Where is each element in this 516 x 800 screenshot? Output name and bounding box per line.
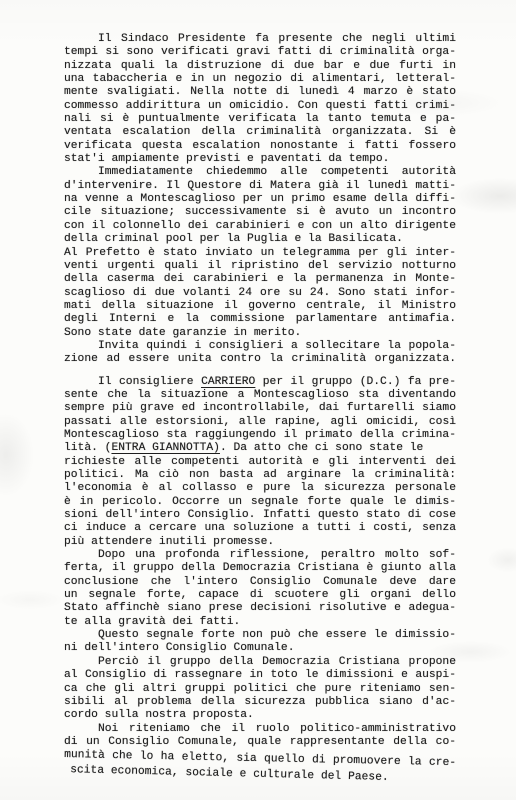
- text-line: di un Consiglio Comunale, quale rapprese…: [64, 736, 456, 749]
- paragraph-3: Al Prefetto è stato inviato un telegramm…: [64, 247, 456, 340]
- text-segment: commesso addirittura un omicidio. Con qu…: [64, 100, 456, 112]
- text-line: nizzata quali la distruzione di due bar …: [64, 60, 456, 73]
- text-segment: te alla gravità dei fatti.: [64, 616, 240, 628]
- text-segment: un segnale forte, capace di scuotere gli…: [64, 589, 456, 601]
- text-segment: scaglioso di due volanti 24 ore su 24. S…: [64, 287, 456, 299]
- text-segment: passati alle estorsioni, alle rapine, ag…: [64, 416, 456, 428]
- text-line: cile situazione; successivamente si è av…: [64, 206, 456, 219]
- text-segment: . Da atto che ci sono state le: [220, 442, 423, 454]
- text-line: na venne a Montescaglioso per un primo e…: [64, 193, 456, 206]
- text-line: politici. Ma ciò non basta ad arginare l…: [64, 469, 456, 482]
- text-line: Invita quindi i consiglieri a sollecitar…: [64, 340, 456, 353]
- text-segment: cile situazione; successivamente si è av…: [64, 206, 456, 218]
- text-segment: una tabaccheria e in un negozio di alime…: [64, 73, 456, 85]
- text-line: Questo segnale forte non può che essere …: [64, 629, 456, 642]
- text-line: della caserma dei carabinieri e la perma…: [64, 273, 456, 286]
- text-segment: Dopo una profonda riflessione, peraltro …: [98, 549, 456, 561]
- text-segment: cordo sulla nostra proposta.: [64, 709, 254, 721]
- text-line: degli Interni e la commissione parlament…: [64, 313, 456, 326]
- paragraph-1: Il Sindaco Presidente fa presente che ne…: [64, 33, 456, 166]
- text-line: della criminal pool per la Puglia e la B…: [64, 233, 456, 246]
- text-line: ca che gli altri gruppi politici che pur…: [64, 683, 456, 696]
- text-line: mente svaligiati. Nella notte di lunedì …: [64, 86, 456, 99]
- paragraph-5: Il consigliere CARRIERO per il gruppo (D…: [64, 376, 456, 549]
- text-segment: Stato affinchè siano prese decisioni ris…: [64, 602, 456, 614]
- text-line: ferta, il gruppo della Democrazia Cristi…: [64, 562, 456, 575]
- underlined-text: ENTRA GIANNOTTA): [111, 442, 219, 454]
- text-line: un segnale forte, capace di scuotere gli…: [64, 589, 456, 602]
- text-segment: nizzata quali la distruzione di due bar …: [64, 60, 456, 72]
- paragraph-9: Noi riteniamo che il ruolo politico-ammi…: [64, 723, 456, 776]
- text-line: stat'i ampiamente previsti e paventati d…: [64, 153, 456, 166]
- text-segment: Montescaglioso sta raggiungendo il prima…: [64, 429, 456, 441]
- text-segment: della criminal pool per la Puglia e la B…: [64, 233, 403, 245]
- text-line: ci induce a cercare una soluzione a tutt…: [64, 522, 456, 535]
- text-line: Dopo una profonda riflessione, peraltro …: [64, 549, 456, 562]
- text-segment: Immediatamente chiedemmo alle competenti…: [98, 166, 456, 178]
- paragraph-2: Immediatamente chiedemmo alle competenti…: [64, 166, 456, 246]
- text-segment: politici. Ma ciò non basta ad arginare l…: [64, 469, 456, 481]
- text-segment: l'economia è al collasso e pure la sicur…: [64, 482, 456, 494]
- text-line: è in pericolo. Occorre un segnale forte …: [64, 496, 456, 509]
- text-line: sente che la situazione a Montescaglioso…: [64, 389, 456, 402]
- text-line: Il consigliere CARRIERO per il gruppo (D…: [64, 376, 456, 389]
- text-segment: Il Sindaco Presidente fa presente che ne…: [98, 33, 456, 45]
- text-line: conclusione che l'intero Consiglio Comun…: [64, 576, 456, 589]
- text-line: nali si è puntualmente verificata la tan…: [64, 113, 456, 126]
- text-line: una tabaccheria e in un negozio di alime…: [64, 73, 456, 86]
- text-segment: di un Consiglio Comunale, quale rapprese…: [64, 736, 456, 748]
- text-line: sioni dell'intero Consiglio. Infatti que…: [64, 509, 456, 522]
- text-segment: richieste alle competenti autorità e gli…: [64, 456, 456, 468]
- text-line: più attendere inutili promesse.: [64, 536, 456, 549]
- text-segment: con il colonnello dei carabinieri e con …: [64, 220, 456, 232]
- text-line: zione ad essere unita contro la criminal…: [64, 353, 456, 366]
- text-line: cordo sulla nostra proposta.: [64, 709, 456, 722]
- text-segment: ferta, il gruppo della Democrazia Cristi…: [64, 562, 456, 574]
- text-segment: nali si è puntualmente verificata la tan…: [64, 113, 456, 125]
- paragraph-4: Invita quindi i consiglieri a sollecitar…: [64, 340, 456, 367]
- text-segment: lità. (: [64, 442, 111, 454]
- text-segment: zione ad essere unita contro la criminal…: [64, 353, 456, 365]
- text-line: mati della situazione il governo central…: [64, 300, 456, 313]
- text-segment: Al Prefetto è stato inviato un telegramm…: [64, 247, 456, 259]
- document-body: Il Sindaco Presidente fa presente che ne…: [64, 33, 456, 776]
- text-segment: d'intervenire. Il Questore di Matera già…: [64, 180, 456, 192]
- underlined-text: CARRIERO: [201, 376, 255, 388]
- text-segment: Noi riteniamo che il ruolo politico-ammi…: [98, 723, 456, 735]
- document-page: Il Sindaco Presidente fa presente che ne…: [0, 0, 516, 800]
- text-line: venti urgenti quali il ripristino del se…: [64, 260, 456, 273]
- text-segment: ci induce a cercare una soluzione a tutt…: [64, 522, 456, 534]
- text-segment: stat'i ampiamente previsti e paventati d…: [64, 153, 389, 165]
- text-line: Stato affinchè siano prese decisioni ris…: [64, 602, 456, 615]
- text-line: Noi riteniamo che il ruolo politico-ammi…: [64, 723, 456, 736]
- text-line: sempre più grave ed incontrollabile, dai…: [64, 402, 456, 415]
- text-segment: Invita quindi i consiglieri a sollecitar…: [98, 340, 456, 352]
- text-segment: venti urgenti quali il ripristino del se…: [64, 260, 456, 272]
- paragraph-8: Perciò il gruppo della Democrazia Cristi…: [64, 656, 456, 723]
- text-line: commesso addirittura un omicidio. Con qu…: [64, 100, 456, 113]
- text-line: Il Sindaco Presidente fa presente che ne…: [64, 33, 456, 46]
- text-segment: na venne a Montescaglioso per un primo e…: [64, 193, 456, 205]
- text-segment: per il gruppo (D.C.) fa pre-: [255, 376, 456, 388]
- text-line: verificata questa escalation nonostante …: [64, 140, 456, 153]
- text-segment: Questo segnale forte non può che essere …: [98, 629, 456, 641]
- text-segment: tempi si sono verificati gravi fatti di …: [64, 46, 456, 58]
- text-line: d'intervenire. Il Questore di Matera già…: [64, 180, 456, 193]
- text-segment: è in pericolo. Occorre un segnale forte …: [64, 496, 456, 508]
- text-line: sibili al problema della sicurezza pubbl…: [64, 696, 456, 709]
- text-segment: Il consigliere: [98, 376, 201, 388]
- text-line: con il colonnello dei carabinieri e con …: [64, 220, 456, 233]
- text-line: scaglioso di due volanti 24 ore su 24. S…: [64, 287, 456, 300]
- text-line: richieste alle competenti autorità e gli…: [64, 456, 456, 469]
- text-line: ni dell'intero Consiglio Comunale.: [64, 642, 456, 655]
- text-line: l'economia è al collasso e pure la sicur…: [64, 482, 456, 495]
- text-segment: ni dell'intero Consiglio Comunale.: [64, 642, 295, 654]
- text-segment: conclusione che l'intero Consiglio Comun…: [64, 576, 456, 588]
- text-segment: della caserma dei carabinieri e la perma…: [64, 273, 456, 285]
- text-segment: degli Interni e la commissione parlament…: [64, 313, 456, 325]
- text-segment: al Consiglio di rassegnare in toto le di…: [64, 669, 456, 681]
- text-segment: sioni dell'intero Consiglio. Infatti que…: [64, 509, 456, 521]
- text-line: Sono state date garanzie in merito.: [64, 327, 456, 340]
- text-line: te alla gravità dei fatti.: [64, 616, 456, 629]
- text-segment: più attendere inutili promesse.: [64, 536, 274, 548]
- text-line: lità. (ENTRA GIANNOTTA). Da atto che ci …: [64, 442, 456, 455]
- paragraph-7: Questo segnale forte non può che essere …: [64, 629, 456, 656]
- text-segment: ventata escalation della criminalità org…: [64, 126, 456, 138]
- paragraph-6: Dopo una profonda riflessione, peraltro …: [64, 549, 456, 629]
- text-line: Perciò il gruppo della Democrazia Cristi…: [64, 656, 456, 669]
- text-segment: sempre più grave ed incontrollabile, dai…: [64, 402, 456, 414]
- text-segment: mente svaligiati. Nella notte di lunedì …: [64, 86, 456, 98]
- text-line: Immediatamente chiedemmo alle competenti…: [64, 166, 456, 179]
- text-line: al Consiglio di rassegnare in toto le di…: [64, 669, 456, 682]
- text-segment: sibili al problema della sicurezza pubbl…: [64, 696, 456, 708]
- text-line: tempi si sono verificati gravi fatti di …: [64, 46, 456, 59]
- text-segment: sente che la situazione a Montescaglioso…: [64, 389, 456, 401]
- text-line: ventata escalation della criminalità org…: [64, 126, 456, 139]
- text-segment: verificata questa escalation nonostante …: [64, 140, 456, 152]
- text-segment: mati della situazione il governo central…: [64, 300, 456, 312]
- text-segment: Sono state date garanzie in merito.: [64, 327, 301, 339]
- text-line: Al Prefetto è stato inviato un telegramm…: [64, 247, 456, 260]
- text-segment: ca che gli altri gruppi politici che pur…: [64, 683, 456, 695]
- text-line: passati alle estorsioni, alle rapine, ag…: [64, 416, 456, 429]
- text-line: Montescaglioso sta raggiungendo il prima…: [64, 429, 456, 442]
- text-segment: Perciò il gruppo della Democrazia Cristi…: [98, 656, 456, 668]
